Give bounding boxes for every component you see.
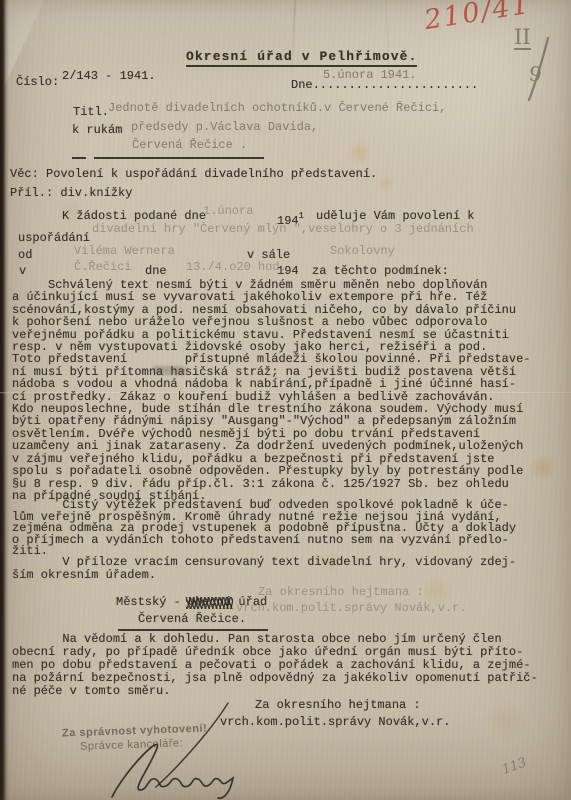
pencil-number-nine: 9 <box>528 67 542 82</box>
municipal-pre: Městský - <box>116 595 188 609</box>
addressee-rule <box>94 157 264 159</box>
grant-row5-year: 194 <box>277 265 299 278</box>
office-title: Okresní úřad v Pelhřimově. <box>186 50 417 67</box>
paper-crease <box>290 0 296 86</box>
subject-line: Věc: Povolení k uspořádání divadelního p… <box>10 168 377 181</box>
pencil-page-number: 113 <box>501 756 529 777</box>
scanned-document-page: 210/41 II 9 Okresní úřad v Pelhřimově. Č… <box>0 0 571 800</box>
addressee-line1: Jednotě divadelních ochotníků.v Červené … <box>108 102 446 115</box>
notice-paragraph: Na vědomí a k dohledu. Pan starosta obce… <box>12 633 538 698</box>
proceeds-paragraph: Čistý výtěžek představení buď odveden sp… <box>12 500 516 558</box>
grant-row1-fill-date: 1.února <box>203 205 253 218</box>
municipal-underline <box>118 629 268 631</box>
grant-hall-fill: Sokolovny <box>330 245 395 258</box>
ghost-novak-line: vrch.kom.polit.správy Novák,v.r. <box>236 602 466 615</box>
grant-od-label: od <box>18 249 32 262</box>
titl-label: Titl. <box>73 106 109 119</box>
grant-v-label: v <box>19 265 26 278</box>
scan-edge-left <box>0 0 9 800</box>
file-number-value: 2/143 - 1941. <box>62 70 156 83</box>
year-superscript: 1 <box>299 211 304 221</box>
date-label: Dne....................... <box>291 79 478 92</box>
grant-place-fill: Č.Řečici <box>74 261 132 274</box>
conditions-paragraph: Schválený text nesmí býti v žádném směru… <box>12 279 530 502</box>
k-rukam-label: k rukám <box>72 124 122 137</box>
handwritten-signature <box>100 697 280 800</box>
grant-play-fill: divadelní hry "Červený mlýn ",veselohry … <box>92 223 474 236</box>
municipal-post: úřad <box>231 595 267 609</box>
municipal-place: Červená Řečice. <box>138 613 246 626</box>
enclosure-paragraph: V příloze vracím censurovaný text divade… <box>12 556 516 581</box>
grant-author-fill: Viléma Wernera <box>74 245 175 258</box>
addressee-rule <box>72 157 86 159</box>
addressee-line3: Červená Řečice . <box>132 139 247 152</box>
ghost-hejtman-line: Za okresního hejtmana : <box>258 586 424 599</box>
strikeout-overlay <box>186 597 233 609</box>
enclosure-label: Příl.: div.knížky <box>10 187 132 200</box>
struck-word: obecní <box>188 595 231 609</box>
grant-dne-label: dne <box>145 265 167 278</box>
grant-time-fill: 13./4.o20 hod. <box>186 261 287 274</box>
municipal-office-line: Městský - obecní úřad <box>116 596 267 609</box>
ink-smudge <box>152 366 186 375</box>
red-registry-number: 210/41 <box>424 0 532 27</box>
addressee-line2: předsedy p.Václava Davida, <box>131 121 318 134</box>
file-number-label: Číslo: <box>16 76 59 89</box>
grant-row5-post: za těchto podmínek: <box>312 265 449 278</box>
